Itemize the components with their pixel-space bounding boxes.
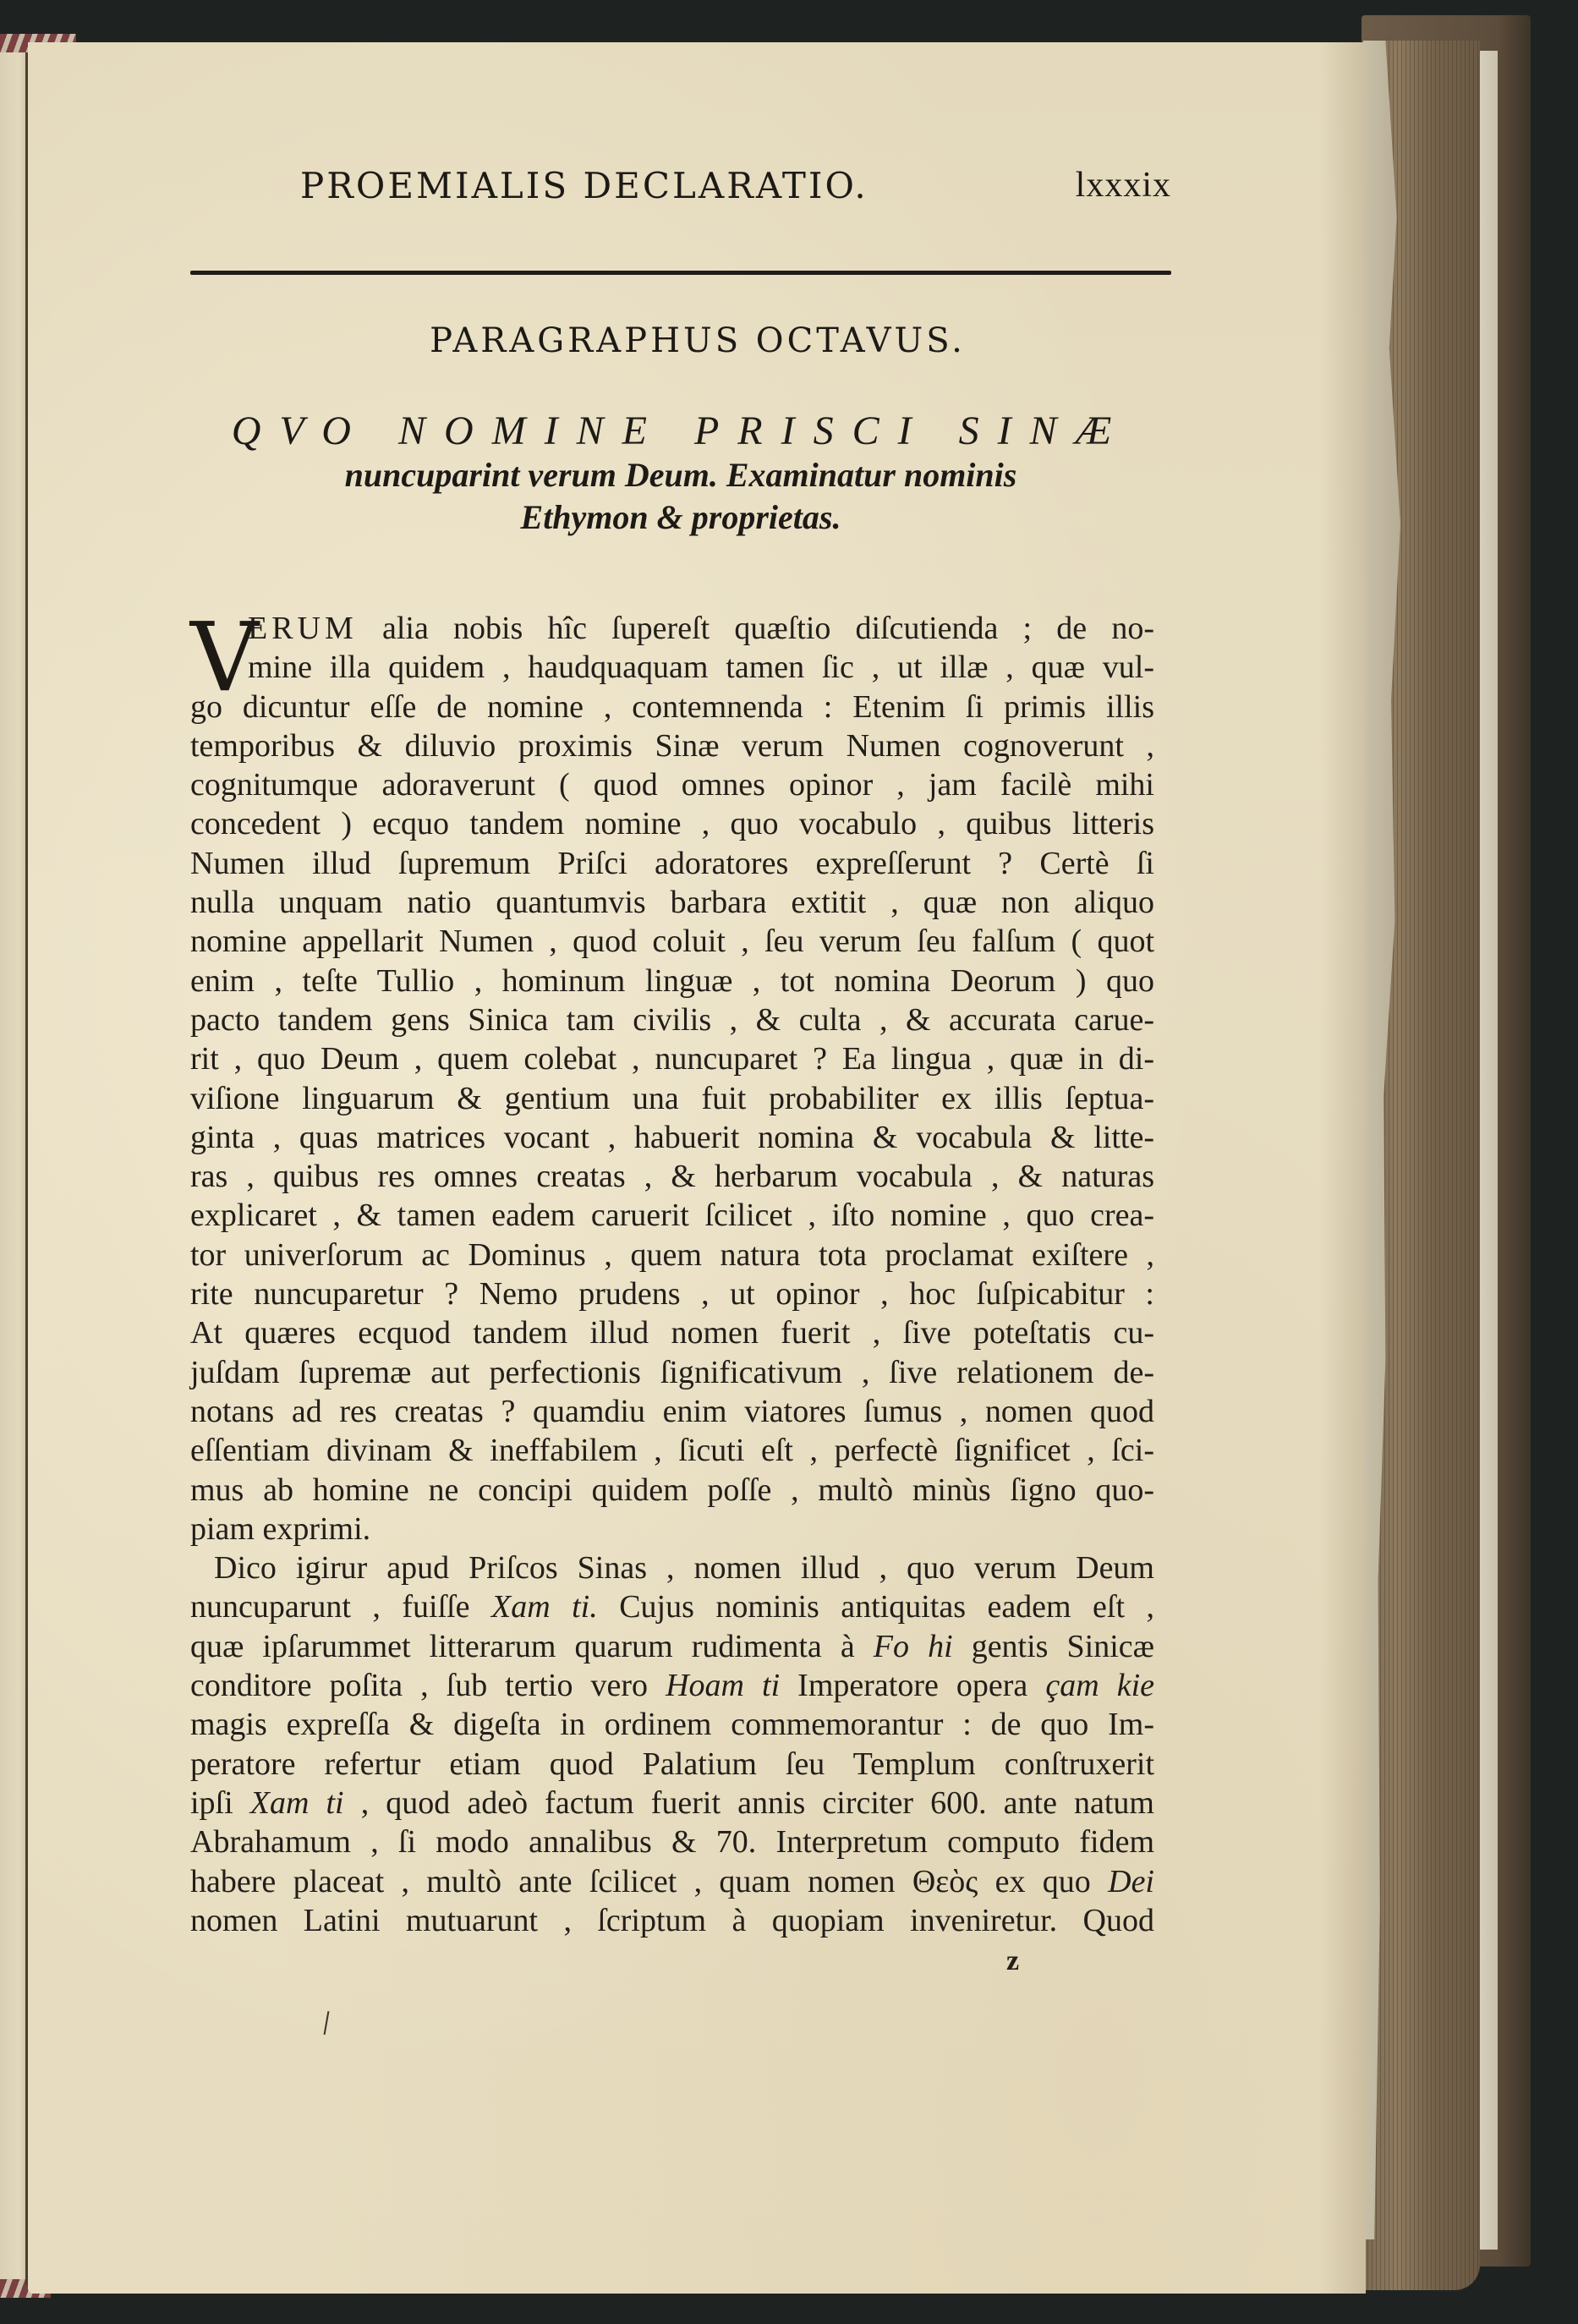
page-edge-shadow: [1319, 42, 1366, 2294]
section-title: PARAGRAPHUS OCTAVUS.: [190, 321, 1171, 360]
text-line: tor univerſorum ac Dominus , quem natura…: [190, 1236, 1154, 1274]
signature-mark: z: [1006, 1945, 1019, 1977]
text-run: , quod adeò factum fuerit annis circiter…: [344, 1785, 1154, 1821]
text-line: juſdam ſupremæ aut perfectionis ſignific…: [190, 1353, 1154, 1392]
text-line: conditore poſita , ſub tertio vero Hoam …: [190, 1666, 1154, 1705]
running-title: PROEMIALIS DECLARATIO.: [300, 165, 868, 206]
text-line: ERUM alia nobis hîc ſupereſt quæſtio diſ…: [190, 609, 1154, 648]
text-line: cognitumque adoraverunt ( quod omnes opi…: [190, 765, 1154, 804]
text-line: rite nuncuparetur ? Nemo prudens , ut op…: [190, 1274, 1154, 1313]
italic-term: Fo hi: [874, 1629, 953, 1664]
text-line: magis expreſſa & digeſta in ordinem comm…: [190, 1705, 1154, 1744]
text-line: explicaret , & tamen eadem caruerit ſcil…: [190, 1196, 1154, 1235]
body-text: V ERUM alia nobis hîc ſupereſt quæſtio d…: [190, 609, 1154, 1940]
text-line: temporibus & diluvio proximis Sinæ verum…: [190, 726, 1154, 765]
text-run: Cujus nominis antiquitas eadem eſt ,: [598, 1589, 1154, 1625]
text-line: go dicuntur eſſe de nomine , contemnenda…: [190, 688, 1154, 726]
small-caps-opening: ERUM: [248, 611, 358, 646]
text-line: nuncuparunt , fuiſſe Xam ti. Cujus nomin…: [190, 1587, 1154, 1626]
text-line: piam exprimi.: [190, 1510, 1154, 1548]
text-line: rit , quo Deum , quem colebat , nuncupar…: [190, 1039, 1154, 1078]
text-line: Abrahamum , ſi modo annalibus & 70. Inte…: [190, 1822, 1154, 1861]
chapter-title-line-2: nuncuparint verum Deum. Examinatur nomin…: [190, 455, 1171, 495]
running-head: PROEMIALIS DECLARATIO. lxxxix: [190, 165, 1171, 216]
text-run: ipſi: [190, 1785, 250, 1821]
facing-page-sliver: [0, 47, 27, 2292]
text-line: Dico igirur apud Priſcos Sinas , nomen i…: [190, 1548, 1154, 1587]
text-run: quæ ipſarummet litterarum quarum rudimen…: [190, 1629, 874, 1664]
text-run: Imperatore opera: [780, 1668, 1045, 1703]
text-line: notans ad res creatas ? quamdiu enim via…: [190, 1392, 1154, 1431]
text-run: gentis Sinicæ: [953, 1629, 1154, 1664]
chapter-title-line-3: Ethymon & proprietas.: [190, 497, 1171, 537]
text-line: concedent ) ecquo tandem nomine , quo vo…: [190, 804, 1154, 843]
text-line: nomine appellarit Numen , quod coluit , …: [190, 922, 1154, 961]
text-line: nomen Latini mutuarunt , ſcriptum à quop…: [190, 1901, 1154, 1940]
text-line: ipſi Xam ti , quod adeò factum fuerit an…: [190, 1784, 1154, 1822]
text-run: Θεὸς: [912, 1864, 978, 1899]
text-line: ras , quibus res omnes creatas , & herba…: [190, 1157, 1154, 1196]
text-line: pacto tandem gens Sinica tam civilis , &…: [190, 1000, 1154, 1039]
italic-term: Xam ti.: [491, 1589, 598, 1625]
text-line: nulla unquam natio quantumvis barbara ex…: [190, 883, 1154, 922]
text-line: mine illa quidem , haudquaquam tamen ſic…: [190, 648, 1154, 687]
italic-term: Hoam ti: [666, 1668, 780, 1703]
italic-term: çam kie: [1045, 1668, 1154, 1703]
text-line: enim , teſte Tullio , hominum linguæ , t…: [190, 962, 1154, 1000]
page-number: lxxxix: [1076, 165, 1171, 206]
text-line: mus ab homine ne concipi quidem poſſe , …: [190, 1471, 1154, 1510]
italic-term: Xam ti: [250, 1785, 344, 1821]
text-run: habere placeat , multò ante ſcilicet , q…: [190, 1864, 912, 1899]
text-run: ex quo: [978, 1864, 1108, 1899]
text-line: ginta , quas matrices vocant , habuerit …: [190, 1118, 1154, 1157]
text-line: quæ ipſarummet litterarum quarum rudimen…: [190, 1627, 1154, 1666]
header-rule: [190, 271, 1171, 275]
text-line: eſſentiam divinam & ineffabilem , ſicuti…: [190, 1431, 1154, 1470]
text-line: peratore refertur etiam quod Palatium ſe…: [190, 1745, 1154, 1784]
text-line: At quæres ecquod tandem illud nomen fuer…: [190, 1313, 1154, 1352]
text-line: habere placeat , multò ante ſcilicet , q…: [190, 1862, 1154, 1901]
text-line: Numen illud ſupremum Priſci adoratores e…: [190, 844, 1154, 883]
text-run: conditore poſita , ſub tertio vero: [190, 1668, 666, 1703]
gutter-line: [25, 52, 28, 2285]
chapter-title-line-1: QVO NOMINE PRISCI SINÆ: [190, 408, 1171, 454]
italic-term: Dei: [1108, 1864, 1154, 1899]
drop-cap: V: [190, 611, 259, 705]
text-run: nuncuparunt , fuiſſe: [190, 1589, 491, 1625]
text-line: viſione linguarum & gentium una fuit pro…: [190, 1079, 1154, 1118]
